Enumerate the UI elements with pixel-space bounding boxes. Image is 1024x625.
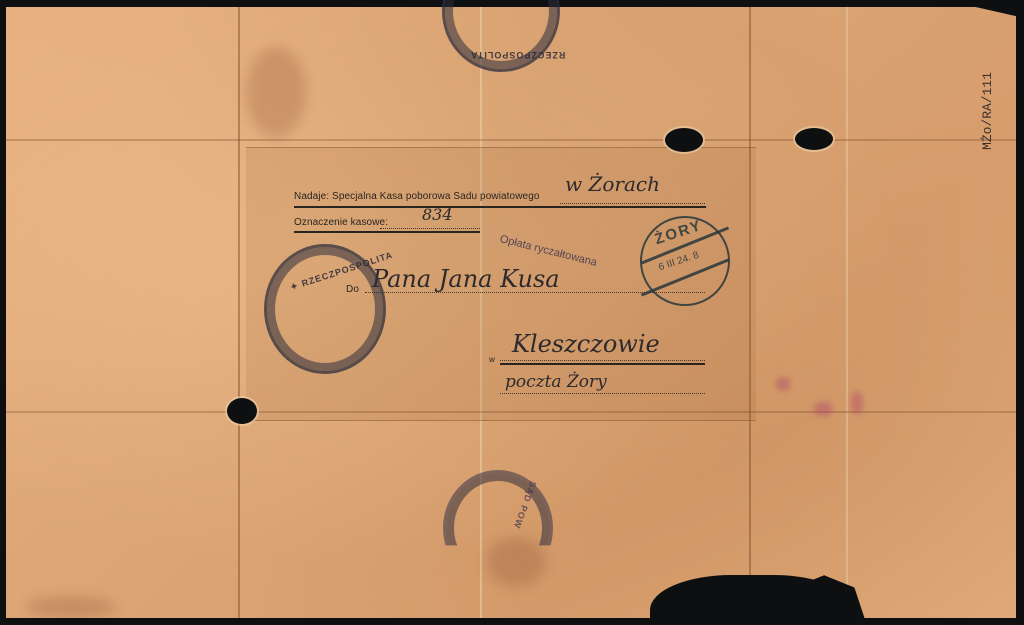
fold-line [6,139,1016,141]
dotted-rule [560,203,705,204]
seal-top-text: RZECZPOSPOLITA [470,50,565,60]
fold-line [238,7,240,618]
sender-handwritten: w Żorach [565,172,660,196]
postmark-stamp: ŻORY 6 III 24. 8 [640,216,730,306]
punch-hole [227,398,257,424]
underline [500,363,705,365]
dotted-rule [500,360,705,361]
stain [26,597,116,617]
dotted-rule [500,393,705,394]
cash-mark-value: 834 [422,205,453,224]
underline [294,231,480,233]
archive-mark: MŻo/RA/111 [980,72,995,150]
ink-mark [851,392,863,414]
recipient-handwritten: Pana Jana Kusa [372,265,560,293]
ink-mark [814,402,832,416]
underline [294,206,706,208]
punch-hole [795,128,833,150]
in-label: w [489,355,495,364]
town-handwritten: Kleszczowie [512,330,660,358]
post-handwritten: poczta Żory [505,372,607,392]
burned-edge [650,575,855,625]
dotted-rule [380,228,480,229]
punch-hole [665,128,703,152]
ink-mark [776,377,790,391]
stain [246,47,306,137]
cash-mark-label: Oznaczenie kasowe: [294,217,388,228]
fold-line [846,7,848,618]
sender-label: Nadaje: Specjalna Kasa poborowa Sadu pow… [294,191,540,202]
